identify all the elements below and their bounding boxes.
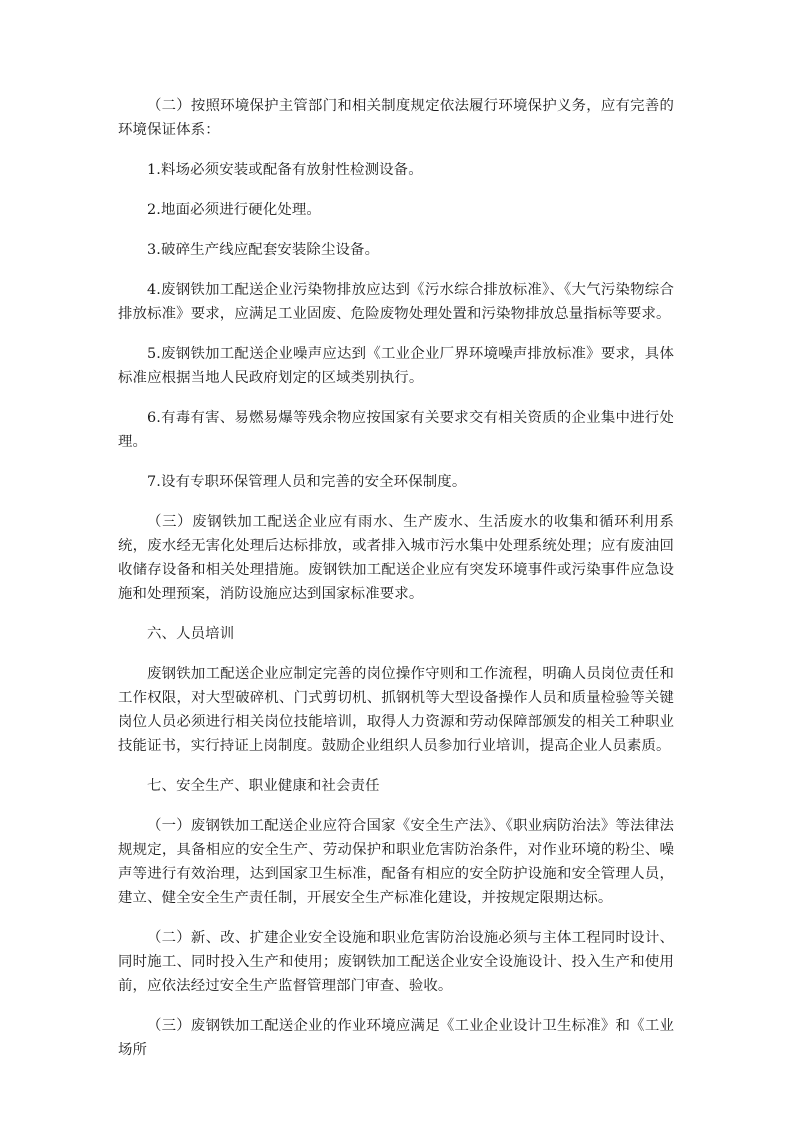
section-heading-safety-health: 七、安全生产、职业健康和社会责任 bbox=[118, 774, 674, 798]
list-item-environmental-staff: 7.设有专职环保管理人员和完善的安全环保制度。 bbox=[118, 470, 674, 494]
clause-environment-obligation-2: （二）按照环境保护主管部门和相关制度规定依法履行环境保护义务，应有完善的环境保证… bbox=[118, 94, 674, 142]
clause-safety-facilities: （二）新、改、扩建企业安全设施和职业危害防治设施必须与主体工程同时设计、同时施工… bbox=[118, 926, 674, 998]
list-item-radiation-detection: 1.料场必须安装或配备有放射性检测设备。 bbox=[118, 158, 674, 182]
clause-wastewater-system: （三）废钢铁加工配送企业应有雨水、生产废水、生活废水的收集和循环利用系统，废水经… bbox=[118, 510, 674, 606]
section-body-personnel-training: 废钢铁加工配送企业应制定完善的岗位操作守则和工作流程，明确人员岗位责任和工作权限… bbox=[118, 662, 674, 758]
list-item-noise-standard: 5.废钢铁加工配送企业噪声应达到《工业企业厂界环境噪声排放标准》要求，具体标准应… bbox=[118, 342, 674, 390]
list-item-hazardous-residue: 6.有毒有害、易燃易爆等残余物应按国家有关要求交有相关资质的企业集中进行处理。 bbox=[118, 406, 674, 454]
section-heading-personnel-training: 六、人员培训 bbox=[118, 622, 674, 646]
list-item-pollutant-discharge: 4.废钢铁加工配送企业污染物排放应达到《污水综合排放标准》、《大气污染物综合排放… bbox=[118, 278, 674, 326]
list-item-dust-removal: 3.破碎生产线应配套安装除尘设备。 bbox=[118, 238, 674, 262]
clause-work-environment: （三）废钢铁加工配送企业的作业环境应满足《工业企业设计卫生标准》和《工业场所 bbox=[118, 1014, 674, 1062]
list-item-ground-hardening: 2.地面必须进行硬化处理。 bbox=[118, 198, 674, 222]
document-page: （二）按照环境保护主管部门和相关制度规定依法履行环境保护义务，应有完善的环境保证… bbox=[118, 94, 674, 1078]
clause-safety-law-compliance: （一）废钢铁加工配送企业应符合国家《安全生产法》、《职业病防治法》等法律法规规定… bbox=[118, 814, 674, 910]
